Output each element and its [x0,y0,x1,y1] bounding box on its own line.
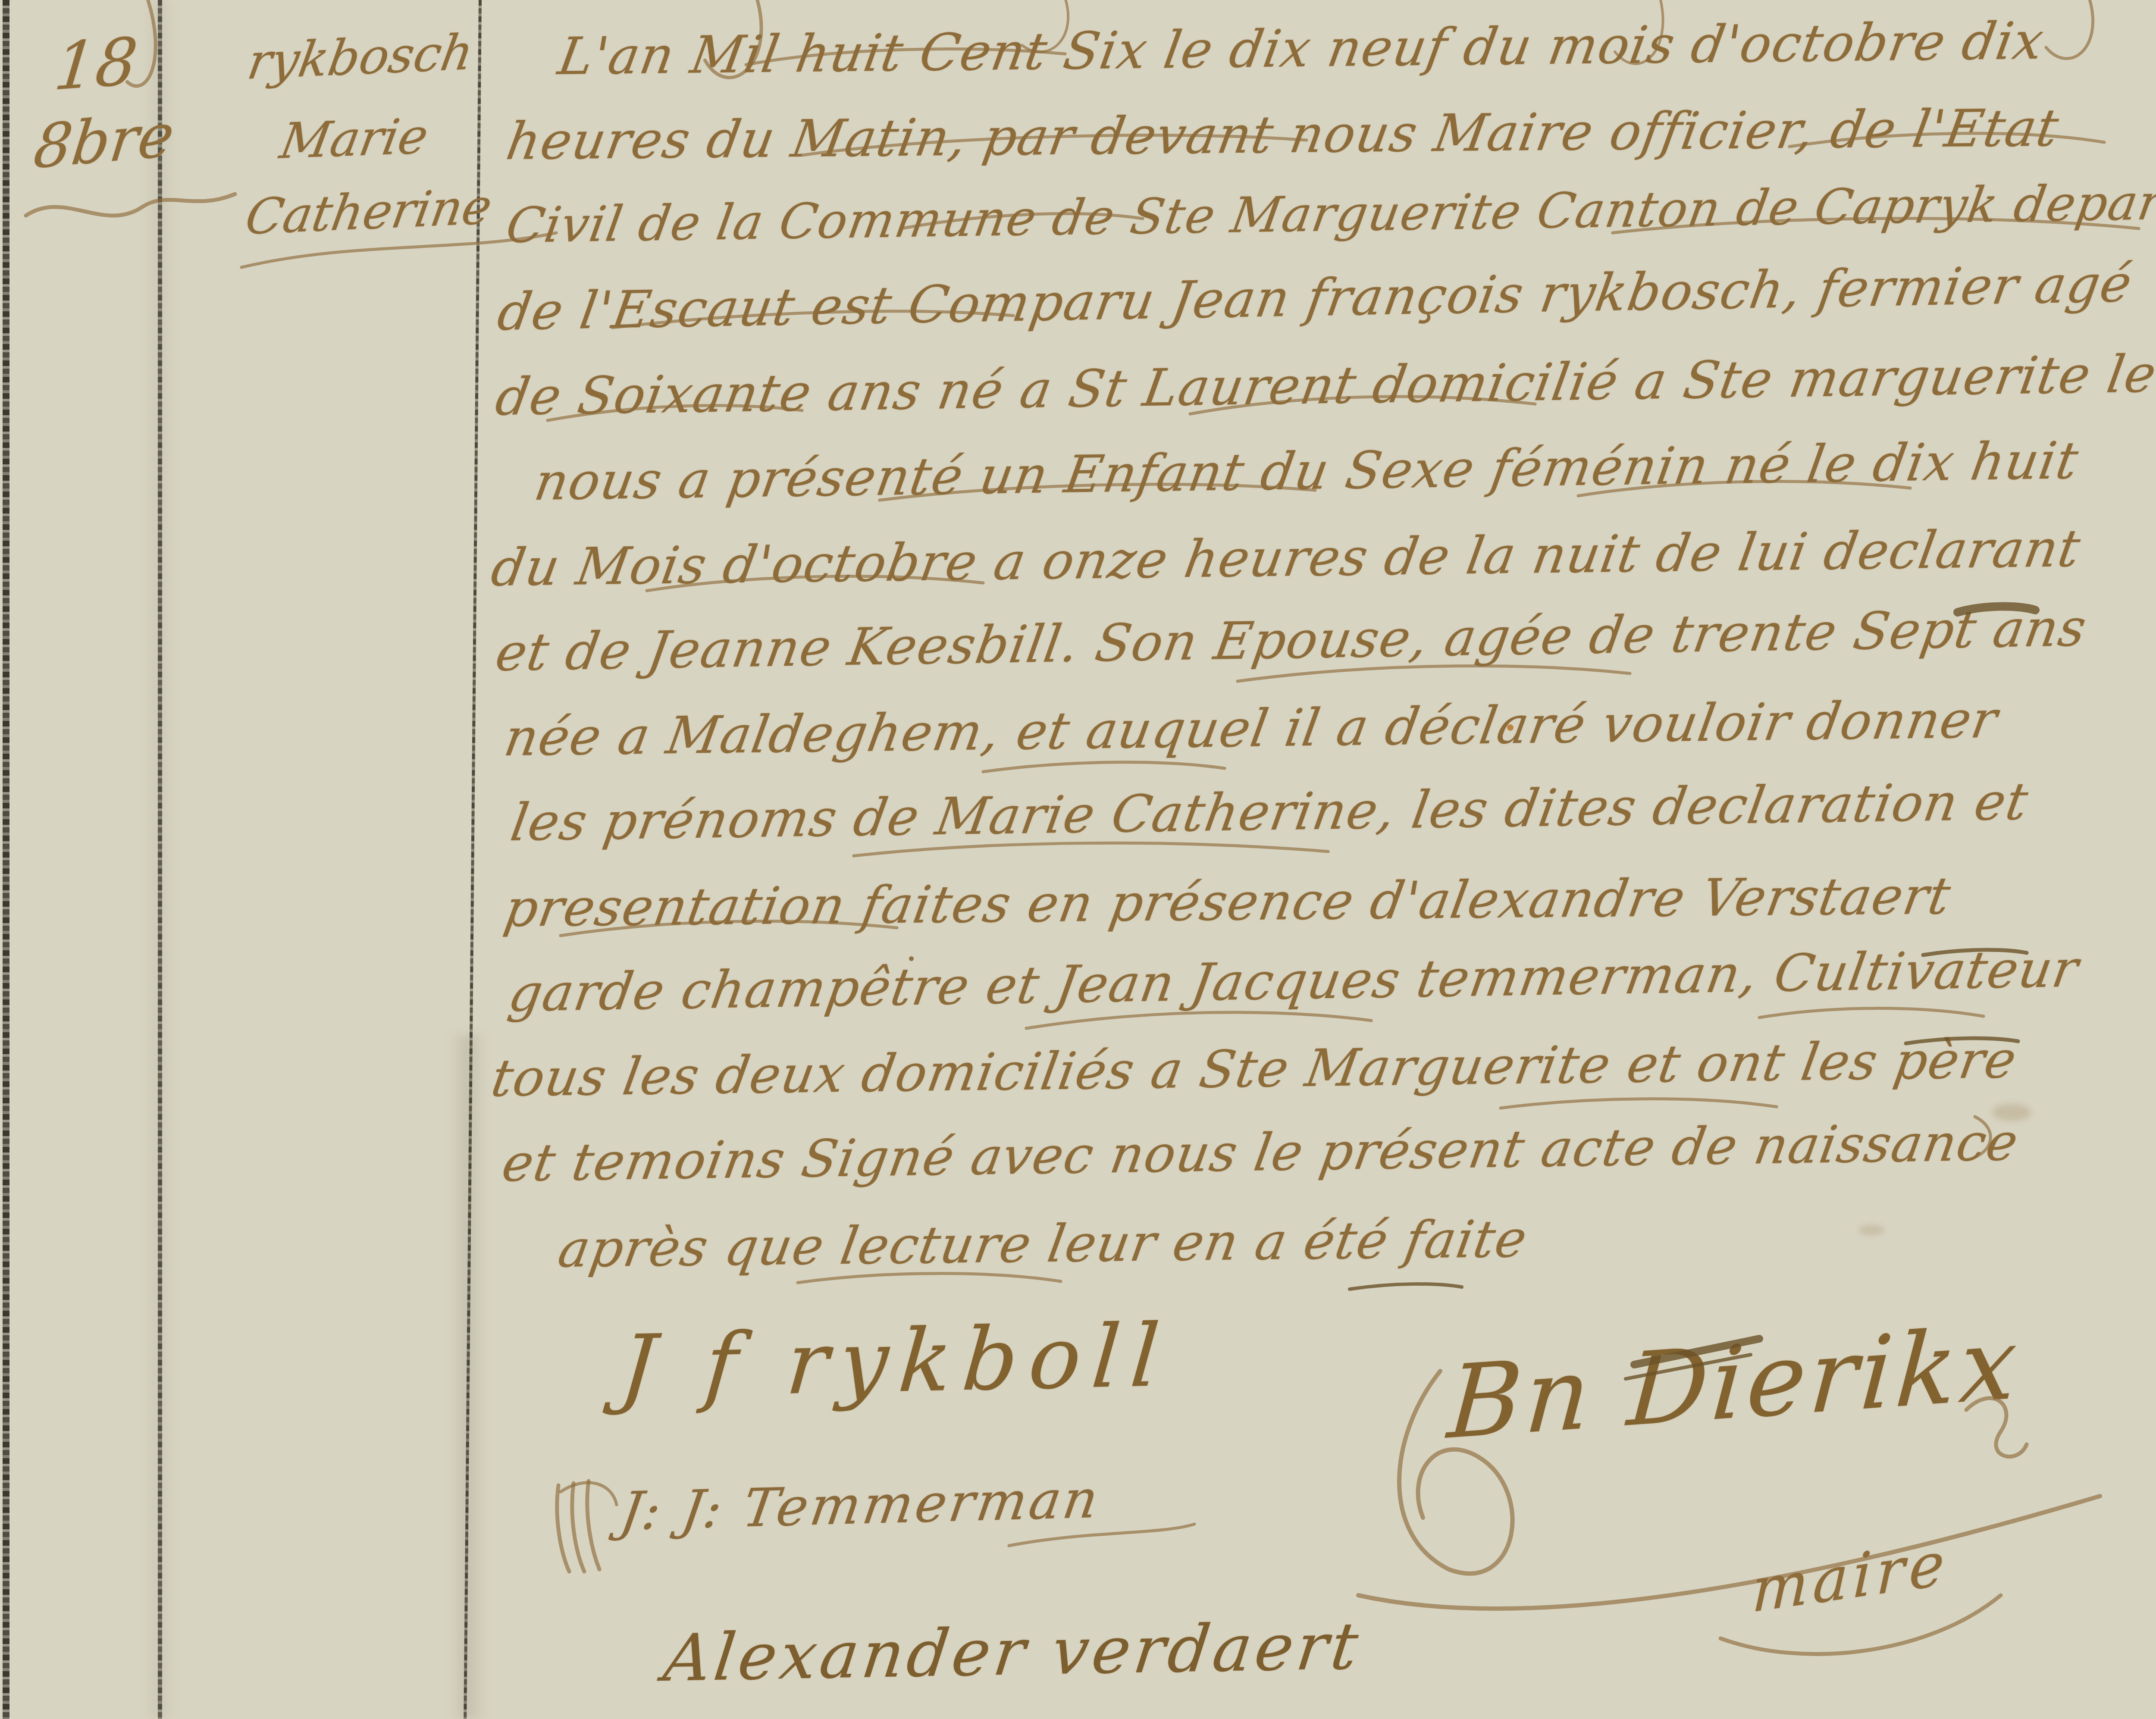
flourish-stroke [1238,666,1630,681]
flourish-stroke [854,843,1328,856]
filler-dash [1923,950,2027,955]
flourish-stroke [983,762,1225,772]
flourish-stroke [705,0,761,78]
flourish-stroke [1578,482,1910,496]
flourish-stroke [1026,1012,1371,1028]
flourish-stroke [26,194,235,216]
flourish-stroke [647,576,983,591]
filler-dash [1958,607,2035,612]
hatch-smudge [1634,1339,1759,1365]
flourish-stroke [612,311,1013,328]
mayor-flourish [1966,1398,2027,1456]
flourish-stroke [548,405,802,420]
paraph-stroke [557,1485,569,1572]
flourish-stroke [746,49,1065,65]
flourish-stroke [127,0,156,86]
mayor-flourish [1720,1595,2001,1654]
flourish-stroke [901,213,1143,229]
hatch-smudge [1626,1355,1751,1379]
mayor-flourish [1358,1496,2100,1609]
flourish-stroke [802,135,1307,155]
mayor-flourish [1399,1371,1513,1574]
flourish-stroke [2046,0,2093,59]
flourish-stroke [241,233,556,267]
flourish-stroke [561,921,897,936]
flourish-stroke [1501,1099,1777,1108]
flourish-stroke [1615,0,1663,64]
flourish-stroke [1190,397,1535,414]
flourish-overlay [0,0,2156,1719]
flourish-stroke [1613,219,2139,233]
flourish-stroke [1759,1008,1984,1018]
manuscript-page: 18 8bre rykbosch Marie Catherine L'an Mi… [0,0,2156,1719]
flourish-stroke [798,1274,1061,1283]
flourish-stroke [1789,133,2104,147]
flourish-stroke [1966,1117,1990,1160]
paraph-stroke [572,1483,584,1572]
filler-dash [1350,1284,1462,1289]
filler-dash [1906,1038,2018,1043]
flourish-stroke [1022,0,1068,52]
flourish-stroke [880,484,1315,500]
flourish-stroke [1009,1524,1194,1546]
paraph-stroke [587,1481,599,1569]
